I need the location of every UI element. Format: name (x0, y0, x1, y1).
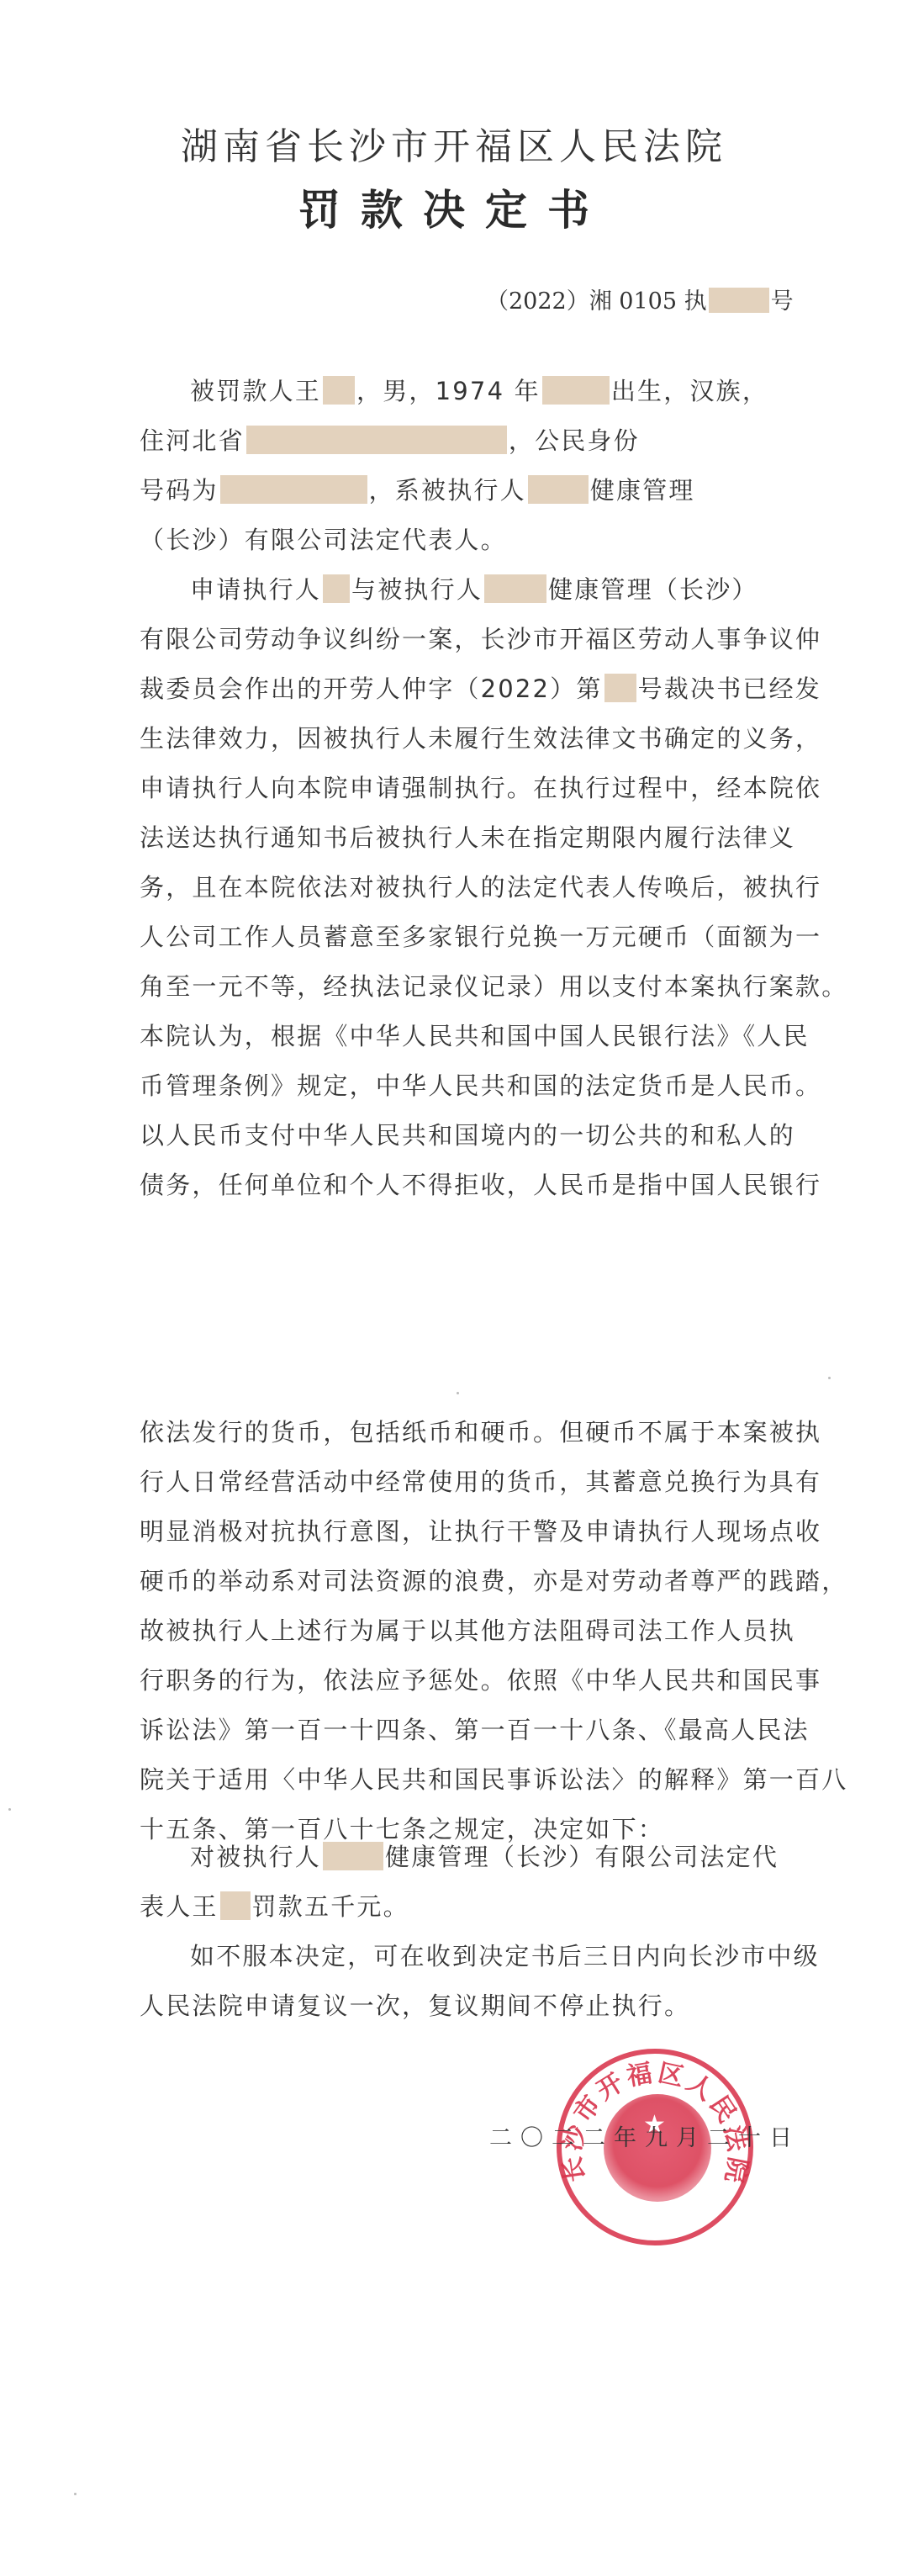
scan-speck (457, 1392, 459, 1394)
redaction-box (220, 475, 367, 504)
redaction-box (323, 574, 350, 603)
paragraph-line: 务，且在本院依法对被执行人的法定代表人传唤后，被执行 (140, 870, 779, 904)
paragraph-line: 法送达执行通知书后被执行人未在指定期限内履行法律义 (140, 821, 779, 854)
paragraph-line: 有限公司劳动争议纠纷一案，长沙市开福区劳动人事争议仲 (140, 622, 779, 656)
redaction-box (323, 1842, 383, 1870)
redaction-box (709, 288, 769, 313)
scan-speck (74, 2493, 77, 2495)
text: 申请执行人 (190, 575, 321, 604)
paragraph-line: 表人王罚款五千元。 (140, 1890, 779, 1923)
case-number-prefix: （2022）湘 0105 执 (486, 288, 707, 315)
case-number: （2022）湘 0105 执号 (486, 283, 794, 315)
text: 出生，汉族， (611, 377, 768, 405)
redaction-box (528, 475, 589, 504)
paragraph-line: 诉讼法》第一百一十四条、第一百一十八条、《最高人民法 (140, 1713, 779, 1747)
text: 住河北省 (140, 426, 245, 455)
redaction-box (604, 674, 636, 702)
paragraph-line: 行职务的行为，依法应予惩处。依照《中华人民共和国民事 (140, 1664, 779, 1697)
redaction-box (246, 426, 507, 454)
paragraph-line: 院关于适用〈中华人民共和国民事诉讼法〉的解释》第一百八 (140, 1763, 779, 1796)
scan-speck (828, 1377, 831, 1379)
paragraph-line: 人公司工作人员蓄意至多家银行兑换一万元硬币（面额为一 (140, 920, 779, 954)
text: 表人王 (140, 1892, 219, 1921)
text: 罚款五千元。 (252, 1892, 409, 1921)
paragraph-line: 硬币的举动系对司法资源的浪费，亦是对劳动者尊严的践踏， (140, 1564, 779, 1598)
paragraph-line: 明显消极对抗执行意图，让执行干警及申请执行人现场点收 (140, 1515, 779, 1548)
text: 裁委员会作出的开劳人仲字（2022）第 (140, 674, 603, 703)
scan-speck (8, 1808, 11, 1811)
redaction-box (542, 376, 610, 405)
text: 与被执行人 (351, 575, 483, 604)
paragraph-line: 生法律效力，因被执行人未履行生效法律文书确定的义务， (140, 722, 779, 755)
redaction-box (484, 574, 546, 603)
redaction-box (323, 376, 355, 405)
paragraph-line: 被罚款人王，男，1974 年出生，汉族， (190, 374, 779, 408)
decision-date: 二〇二二年九月二十日 (489, 2119, 800, 2152)
paragraph-line: 裁委员会作出的开劳人仲字（2022）第号裁决书已经发 (140, 672, 779, 706)
text: 对被执行人 (190, 1843, 321, 1871)
paragraph-line: 债务，任何单位和个人不得拒收，人民币是指中国人民银行 (140, 1168, 779, 1202)
paragraph-line: 号码为，系被执行人健康管理 (140, 473, 779, 507)
paragraph-line: 角至一元不等，经执法记录仪记录）用以支付本案执行案款。 (140, 970, 779, 1003)
case-number-suffix: 号 (771, 288, 794, 315)
text: 号码为 (140, 476, 219, 505)
text: ，公民身份 (509, 426, 640, 455)
text: 健康管理（长沙）有限公司法定代 (385, 1843, 779, 1871)
paragraph-line: 以人民币支付中华人民共和国境内的一切公共的和私人的 (140, 1119, 779, 1152)
paragraph-line: （长沙）有限公司法定代表人。 (140, 523, 779, 557)
paragraph-line: 申请执行人与被执行人健康管理（长沙） (190, 573, 779, 606)
text: ，系被执行人 (369, 476, 526, 505)
paragraph-line: 如不服本决定，可在收到决定书后三日内向长沙市中级 (190, 1939, 779, 1973)
document-title: 罚款决定书 (0, 177, 908, 237)
paragraph-line: 住河北省，公民身份 (140, 424, 779, 458)
paragraph-line: 对被执行人健康管理（长沙）有限公司法定代 (190, 1840, 779, 1874)
text: 健康管理（长沙） (548, 575, 758, 604)
paragraph-line: 故被执行人上述行为属于以其他方法阻碍司法工作人员执 (140, 1614, 779, 1648)
paragraph-line: 申请执行人向本院申请强制执行。在执行过程中，经本院依 (140, 771, 779, 805)
text: 号裁决书已经发 (638, 674, 821, 703)
text: ，男，1974 年 (356, 377, 541, 405)
redaction-box (220, 1891, 251, 1920)
court-name: 湖南省长沙市开福区人民法院 (0, 116, 908, 170)
paragraph-line: 本院认为，根据《中华人民共和国中国人民银行法》《人民 (140, 1019, 779, 1053)
paragraph-line: 人民法院申请复议一次，复议期间不停止执行。 (140, 1989, 779, 2023)
paragraph-line: 依法发行的货币，包括纸币和硬币。但硬币不属于本案被执 (140, 1415, 779, 1449)
text: 健康管理 (590, 476, 695, 505)
text: 被罚款人王 (190, 377, 321, 405)
paragraph-line: 行人日常经营活动中经常使用的货币，其蓄意兑换行为具有 (140, 1465, 779, 1499)
paragraph-line: 币管理条例》规定，中华人民共和国的法定货币是人民币。 (140, 1069, 779, 1103)
